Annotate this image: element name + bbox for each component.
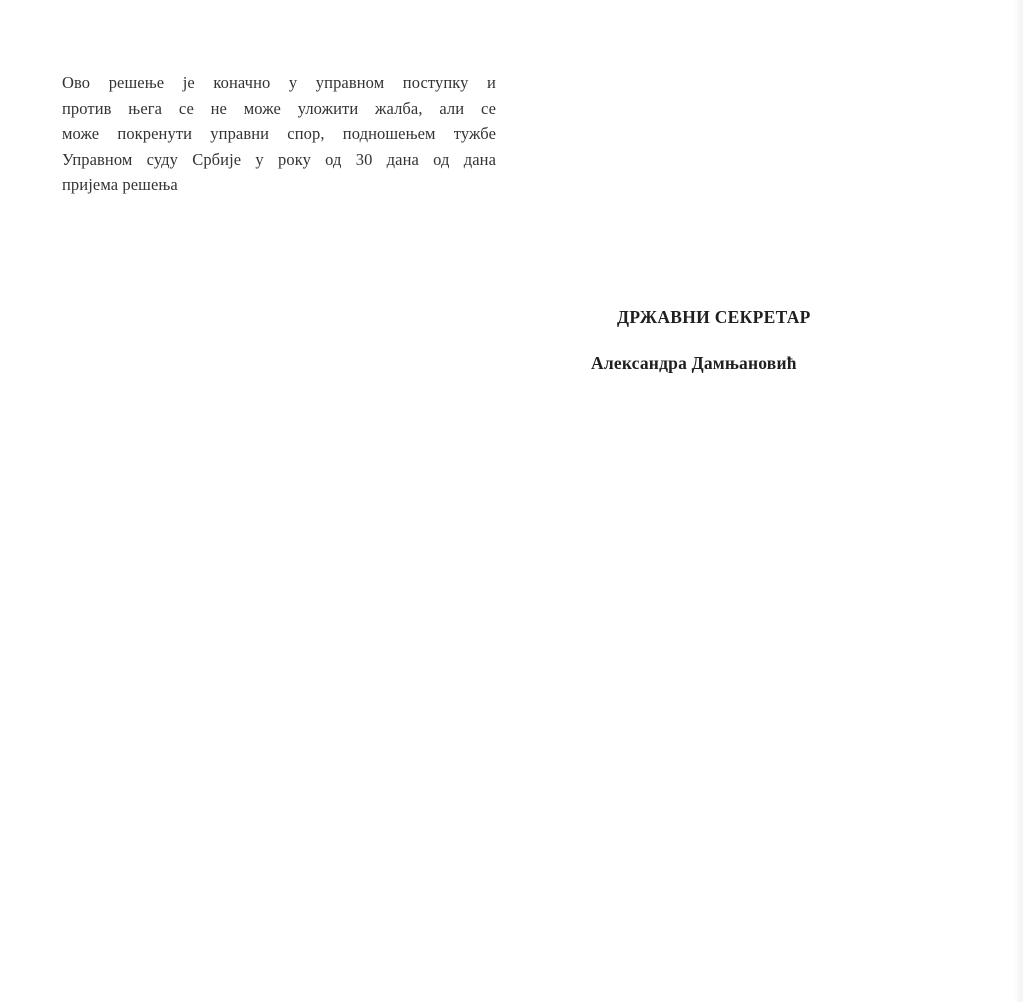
notice-line: Управном суду Србије у року од 30 дана о… (62, 147, 496, 173)
notice-line: пријема решења (62, 172, 496, 198)
notice-line: против њега се не може уложити жалба, ал… (62, 96, 496, 122)
page-edge (1013, 0, 1023, 1002)
legal-remedy-notice: Ово решење је коначно у управном поступк… (62, 70, 496, 198)
signatory-title: ДРЖАВНИ СЕКРЕТАР (617, 307, 811, 328)
signatory-name: Александра Дамњановић (591, 353, 797, 374)
notice-line: Ово решење је коначно у управном поступк… (62, 70, 496, 96)
notice-line: може покренути управни спор, подношењем … (62, 121, 496, 147)
